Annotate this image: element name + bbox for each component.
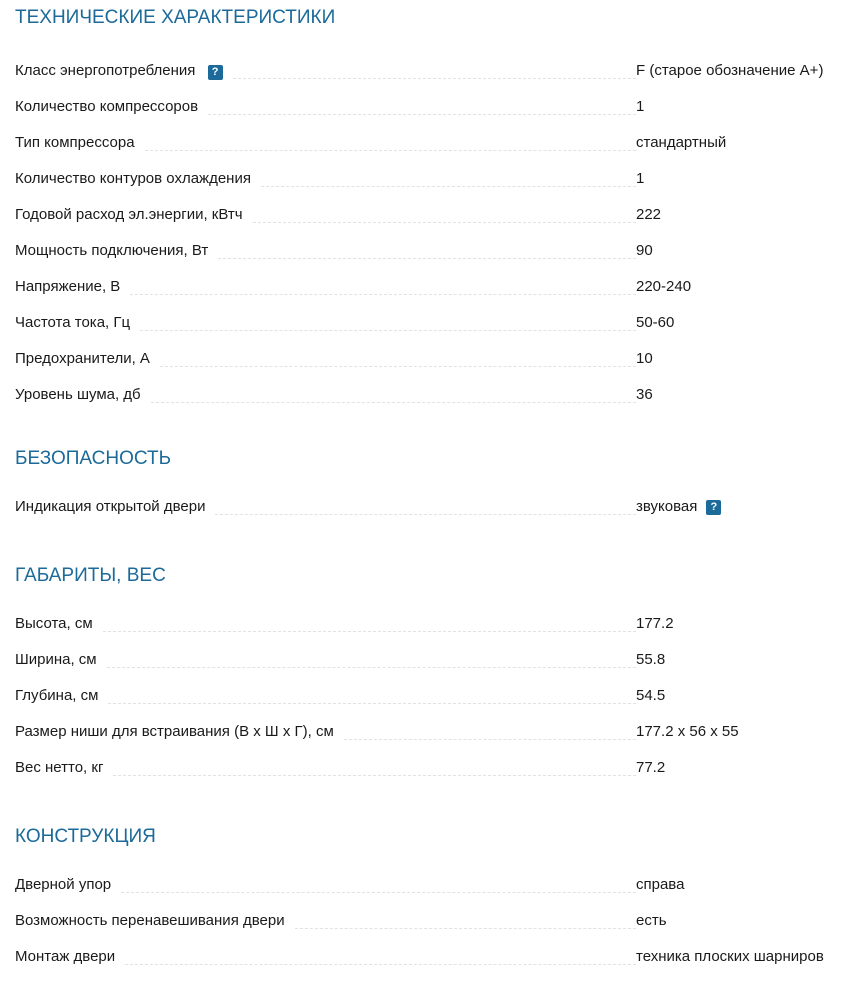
spec-row-niche-size: Размер ниши для встраивания (В х Ш х Г),… [15, 723, 843, 759]
spec-value: 77.2 [636, 759, 665, 777]
spec-row-cooling-circuits: Количество контуров охлаждения 1 [15, 170, 843, 206]
section-dimensions-weight: ГАБАРИТЫ, ВЕС Высота, см 177.2 Ширина, с… [15, 564, 843, 795]
spec-row-compressor-count: Количество компрессоров 1 [15, 98, 843, 134]
spec-label: Тип компрессора [15, 134, 145, 152]
spec-label: Частота тока, Гц [15, 314, 140, 332]
spec-label: Монтаж двери [15, 948, 125, 966]
spec-row-height: Высота, см 177.2 [15, 615, 843, 651]
spec-value: 177.2 x 56 x 55 [636, 723, 739, 741]
section-title: БЕЗОПАСНОСТЬ [15, 447, 843, 471]
spec-value: 54.5 [636, 687, 665, 705]
spec-label: Высота, см [15, 615, 103, 633]
dotted-leader [233, 66, 636, 79]
spec-value: 220-240 [636, 278, 691, 296]
spec-row-voltage: Напряжение, В 220-240 [15, 278, 843, 314]
section-title: КОНСТРУКЦИЯ [15, 825, 843, 849]
spec-row-compressor-type: Тип компрессора стандартный [15, 134, 843, 170]
section-safety: БЕЗОПАСНОСТЬ Индикация открытой двери зв… [15, 447, 843, 534]
spec-value: 1 [636, 98, 644, 116]
spec-row-door-mounting: Монтаж двери техника плоских шарниров [15, 948, 843, 981]
spec-label: Размер ниши для встраивания (В х Ш х Г),… [15, 723, 344, 741]
spec-value: техника плоских шарниров [636, 948, 824, 966]
spec-label: Количество контуров охлаждения [15, 170, 261, 188]
spec-row-fuses: Предохранители, А 10 [15, 350, 843, 386]
help-icon[interactable]: ? [208, 65, 223, 80]
dotted-leader [145, 138, 636, 151]
spec-value: 50-60 [636, 314, 674, 332]
spec-row-power: Мощность подключения, Вт 90 [15, 242, 843, 278]
spec-label: Индикация открытой двери [15, 498, 215, 516]
dotted-leader [130, 282, 636, 295]
dotted-leader [208, 102, 636, 115]
dotted-leader [113, 763, 636, 776]
spec-value: звуковая? [636, 498, 731, 516]
spec-label: Ширина, см [15, 651, 107, 669]
spec-row-frequency: Частота тока, Гц 50-60 [15, 314, 843, 350]
section-title: ГАБАРИТЫ, ВЕС [15, 564, 843, 588]
spec-label: Дверной упор [15, 876, 121, 894]
spec-row-door-indicator: Индикация открытой двери звуковая? [15, 498, 843, 534]
dotted-leader [215, 502, 636, 515]
section-technical-specs: ТЕХНИЧЕСКИЕ ХАРАКТЕРИСТИКИ Класс энергоп… [15, 6, 843, 422]
help-icon[interactable]: ? [706, 500, 721, 515]
spec-label: Предохранители, А [15, 350, 160, 368]
section-title: ТЕХНИЧЕСКИЕ ХАРАКТЕРИСТИКИ [15, 6, 843, 30]
dotted-leader [253, 210, 636, 223]
spec-value: справа [636, 876, 684, 894]
spec-value: F (старое обозначение А+) [636, 62, 823, 80]
spec-row-energy-class: Класс энергопотребления ? F (старое обоз… [15, 62, 843, 98]
spec-row-annual-consumption: Годовой расход эл.энергии, кВтч 222 [15, 206, 843, 242]
spec-row-door-stop: Дверной упор справа [15, 876, 843, 912]
spec-row-depth: Глубина, см 54.5 [15, 687, 843, 723]
spec-value: 177.2 [636, 615, 674, 633]
dotted-leader [108, 691, 636, 704]
dotted-leader [107, 655, 636, 668]
dotted-leader [261, 174, 636, 187]
spec-label: Возможность перенавешивания двери [15, 912, 295, 930]
spec-row-noise: Уровень шума, дб 36 [15, 386, 843, 422]
spec-value: 36 [636, 386, 653, 404]
dotted-leader [140, 318, 636, 331]
dotted-leader [160, 354, 636, 367]
spec-label: Вес нетто, кг [15, 759, 113, 777]
spec-row-door-rehang: Возможность перенавешивания двери есть [15, 912, 843, 948]
spec-label: Годовой расход эл.энергии, кВтч [15, 206, 253, 224]
dotted-leader [295, 916, 636, 929]
spec-label: Количество компрессоров [15, 98, 208, 116]
dotted-leader [103, 619, 636, 632]
spec-list: Класс энергопотребления ? F (старое обоз… [15, 62, 843, 422]
spec-value: 1 [636, 170, 644, 188]
dotted-leader [344, 727, 636, 740]
spec-list: Индикация открытой двери звуковая? [15, 498, 843, 534]
spec-value: 222 [636, 206, 661, 224]
dotted-leader [121, 880, 636, 893]
dotted-leader [125, 952, 636, 965]
spec-label: Класс энергопотребления ? [15, 62, 233, 80]
dotted-leader [151, 390, 636, 403]
spec-row-width: Ширина, см 55.8 [15, 651, 843, 687]
spec-value: есть [636, 912, 667, 930]
spec-value: 90 [636, 242, 653, 260]
dotted-leader [218, 246, 636, 259]
spec-label: Мощность подключения, Вт [15, 242, 218, 260]
spec-value: стандартный [636, 134, 726, 152]
spec-label: Напряжение, В [15, 278, 130, 296]
spec-value: 10 [636, 350, 653, 368]
section-construction: КОНСТРУКЦИЯ Дверной упор справа Возможно… [15, 825, 843, 981]
spec-value: 55.8 [636, 651, 665, 669]
spec-row-net-weight: Вес нетто, кг 77.2 [15, 759, 843, 795]
spec-label: Уровень шума, дб [15, 386, 151, 404]
spec-label: Глубина, см [15, 687, 108, 705]
spec-list: Высота, см 177.2 Ширина, см 55.8 Глубина… [15, 615, 843, 795]
spec-list: Дверной упор справа Возможность перенаве… [15, 876, 843, 981]
